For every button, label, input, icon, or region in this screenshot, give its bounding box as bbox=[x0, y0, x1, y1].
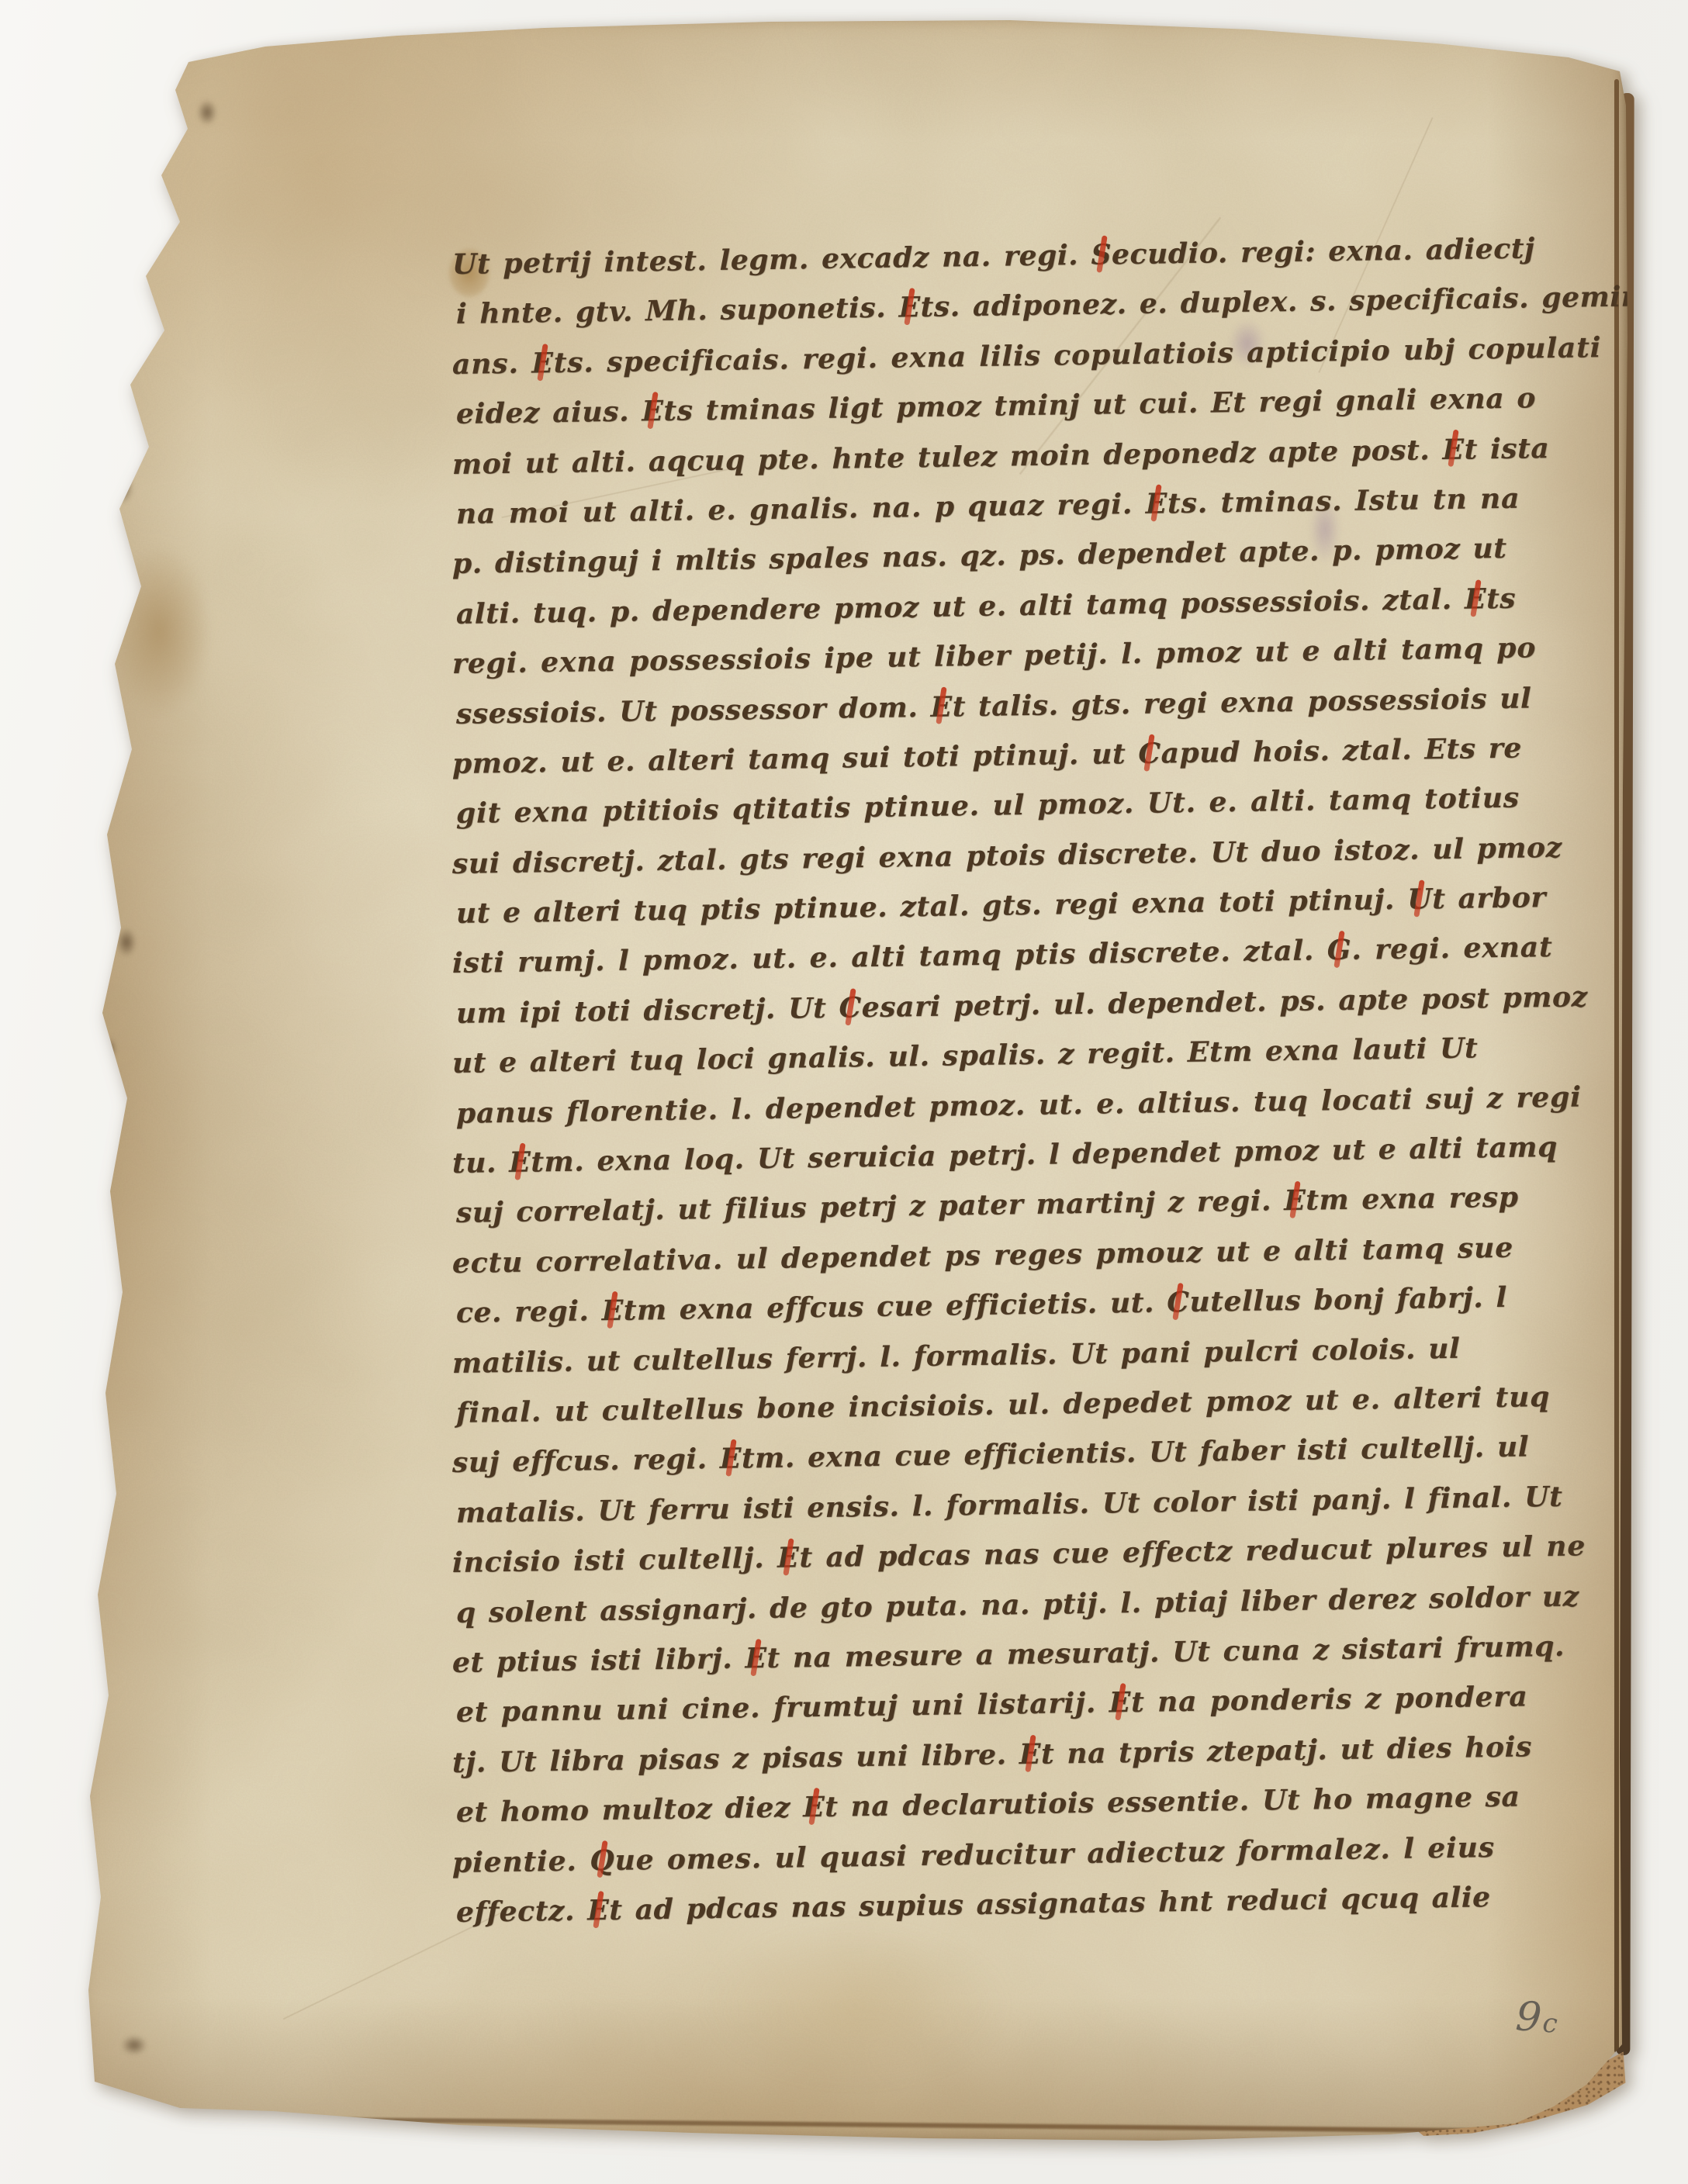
text-segment: effectz. bbox=[456, 1894, 587, 1929]
rubricated-letter: E bbox=[1109, 1686, 1131, 1719]
text-segment: et ptius isti librj. bbox=[452, 1642, 745, 1679]
rubricated-letter: U bbox=[1407, 883, 1432, 915]
tear-spot bbox=[104, 610, 121, 634]
rubricated-letter: E bbox=[720, 1443, 742, 1475]
text-segment: t na tpris ztepatj. ut dies hois bbox=[1041, 1730, 1532, 1770]
text-segment: utellus bonj fabrj. l bbox=[1190, 1281, 1507, 1318]
rubricated-letter: E bbox=[1284, 1184, 1306, 1217]
rubricated-letter: E bbox=[1146, 487, 1167, 520]
text-segment: pientie. bbox=[452, 1844, 590, 1879]
scan-background: { "scan": { "folio_mark": "9c" }, "color… bbox=[0, 0, 1688, 2184]
text-segment: et homo multoz diez bbox=[456, 1791, 803, 1829]
text-segment: ce. regi. bbox=[456, 1294, 602, 1329]
text-segment: ecudio. regi: exna. adiectj bbox=[1112, 232, 1535, 271]
text-segment: apud hois. ztal. Ets re bbox=[1161, 731, 1522, 769]
rubricated-letter: E bbox=[777, 1542, 799, 1574]
text-segment: eidez aius. bbox=[456, 396, 642, 431]
rubricated-letter: E bbox=[803, 1791, 825, 1823]
rubricated-letter: E bbox=[745, 1642, 766, 1674]
tear-spot bbox=[101, 1038, 116, 1059]
text-segment: . regi. exnat bbox=[1351, 931, 1552, 966]
rubricated-letter: E bbox=[1465, 582, 1486, 615]
rubricated-letter: E bbox=[587, 1894, 609, 1927]
manuscript-text-block: Ut petrij intest. legm. excadz na. regi.… bbox=[452, 232, 1569, 1947]
rubricated-letter: E bbox=[899, 291, 921, 323]
rubricated-letter: S bbox=[1091, 238, 1112, 271]
rubricated-letter: E bbox=[1443, 433, 1465, 465]
folio-mark: 9c bbox=[1514, 1993, 1561, 2043]
tear-spot bbox=[112, 470, 133, 504]
text-segment: incisio isti cultellj. bbox=[452, 1542, 777, 1579]
text-segment: t arbor bbox=[1432, 881, 1546, 915]
text-segment: um ipi toti discretj. Ut bbox=[456, 991, 839, 1029]
rubricated-letter: E bbox=[1019, 1737, 1041, 1770]
rubricated-letter: E bbox=[531, 347, 553, 379]
text-segment: tm exna resp bbox=[1306, 1181, 1518, 1217]
rubricated-letter: G bbox=[1327, 934, 1352, 966]
rubricated-letter: C bbox=[1138, 737, 1160, 769]
text-segment: tm exna effcus cue efficietis. ut. bbox=[624, 1287, 1167, 1327]
rubricated-letter: C bbox=[839, 991, 862, 1024]
text-segment: suj effcus. regi. bbox=[452, 1443, 720, 1479]
text-segment: i hnte. gtv. Mh. suponetis. bbox=[456, 292, 899, 330]
rubricated-letter: E bbox=[602, 1294, 624, 1327]
tear-spot bbox=[197, 99, 217, 126]
tear-spot bbox=[116, 928, 137, 957]
manuscript-scan: Ut petrij intest. legm. excadz na. regi.… bbox=[0, 0, 1688, 2184]
text-segment: ts bbox=[1486, 582, 1516, 615]
rubricated-letter: E bbox=[509, 1146, 531, 1179]
text-segment: tu. bbox=[452, 1146, 509, 1180]
parchment-leaf: Ut petrij intest. legm. excadz na. regi.… bbox=[71, 12, 1627, 2147]
text-segment: t na ponderis z pondera bbox=[1131, 1681, 1527, 1719]
rubricated-letter: Q bbox=[590, 1844, 614, 1876]
rubricated-letter: E bbox=[931, 690, 953, 723]
rubricated-letter: C bbox=[1167, 1286, 1189, 1318]
text-segment: ts. tminas. Istu tn na bbox=[1167, 482, 1520, 520]
right-edge-shadow bbox=[1614, 79, 1619, 2053]
text-segment: ssessiois. Ut possessor dom. bbox=[456, 690, 931, 730]
text-segment: ans. bbox=[452, 347, 531, 381]
text-segment: t ista bbox=[1465, 432, 1550, 466]
rubricated-letter: E bbox=[642, 395, 663, 427]
tear-spot bbox=[121, 2035, 147, 2055]
